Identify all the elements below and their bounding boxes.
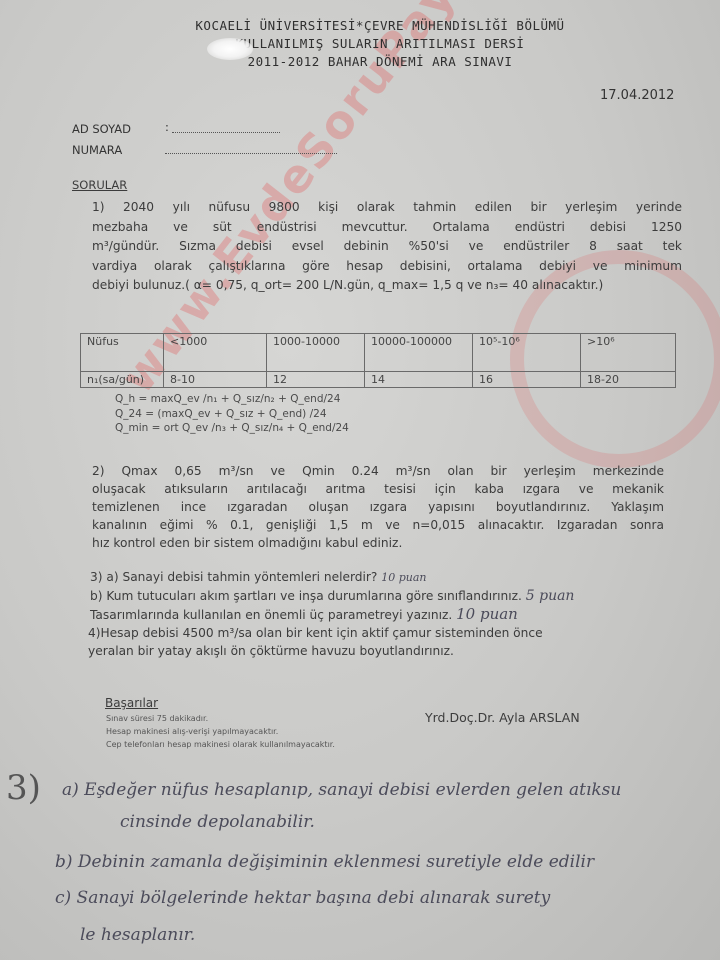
flash-glare	[207, 38, 253, 60]
answer-a-line1: a) Eşdeğer nüfus hesaplanıp, sanayi debi…	[62, 780, 621, 800]
table-cell: 12	[267, 372, 365, 388]
table-header: >10⁶	[581, 334, 676, 372]
header-course: KULLANILMIŞ SULARIN ARITILMASI DERSİ	[0, 36, 720, 51]
answer-number: 3)	[6, 768, 41, 808]
table-cell: 18-20	[581, 372, 676, 388]
answer-b-line: b) Debinin zamanla değişiminin eklenmesi…	[55, 852, 594, 872]
header-exam: 2011-2012 BAHAR DÖNEMİ ARA SINAVI	[0, 54, 720, 69]
q3-b2-points: 10 puan	[456, 605, 518, 623]
q4-line: 4)Hesap debisi 4500 m³/sa olan bir kent …	[88, 624, 668, 642]
q3-a-points: 10 puan	[381, 571, 426, 584]
exam-note: Sınav süresi 75 dakikadır.	[106, 712, 335, 725]
table-header: 10000-100000	[365, 334, 473, 372]
table-cell: 16	[473, 372, 581, 388]
answer-c-line2: le hesaplanır.	[80, 925, 195, 945]
table-cell: 14	[365, 372, 473, 388]
question-4: 4)Hesap debisi 4500 m³/sa olan bir kent …	[88, 624, 668, 660]
q2-line: hız kontrol eden bir sistem olmadığını k…	[92, 534, 664, 552]
name-sep: :	[165, 120, 169, 134]
formula: Q_min = ort Q_ev /n₃ + Q_sız/n₄ + Q_end/…	[115, 421, 349, 436]
q2-line: kanalının eğimi % 0.1, genişliği 1,5 m v…	[92, 516, 664, 534]
formulas: Q_h = maxQ_ev /n₁ + Q_sız/n₂ + Q_end/24 …	[115, 392, 349, 436]
exam-date: 17.04.2012	[600, 88, 674, 103]
exam-note: Cep telefonları hesap makinesi olarak ku…	[106, 738, 335, 751]
q1-line: vardiya olarak çalıştıklarına göre hesap…	[92, 257, 682, 277]
q2-line: oluşacak atıksuların arıtılacağı arıtma …	[92, 480, 664, 498]
question-2: 2) Qmax 0,65 m³/sn ve Qmin 0.24 m³/sn ol…	[92, 462, 664, 552]
number-field[interactable]	[165, 143, 337, 154]
q1-line: 1) 2040 yılı nüfusu 9800 kişi olarak tah…	[92, 198, 682, 218]
answer-a-line2: cinsinde depolanabilir.	[120, 812, 315, 832]
q4-line: yeralan bir yatay akışlı ön çöktürme hav…	[88, 642, 668, 660]
question-1: 1) 2040 yılı nüfusu 9800 kişi olarak tah…	[92, 198, 682, 296]
question-3: 3) a) Sanayi debisi tahmin yöntemleri ne…	[90, 568, 720, 624]
q3-b1-points: 5 puan	[526, 588, 575, 604]
formula: Q_24 = (maxQ_ev + Q_sız + Q_end) /24	[115, 407, 349, 422]
answer-c-line1: c) Sanayi bölgelerinde hektar başına deb…	[55, 888, 550, 908]
q1-line: debiyi bulunuz.( α= 0,75, q_ort= 200 L/N…	[92, 276, 682, 296]
q3-b2: Tasarımlarında kullanılan en önemli üç p…	[90, 608, 452, 622]
q3-b1: b) Kum tutucuları akım şartları ve inşa …	[90, 589, 522, 603]
header-university: KOCAELİ ÜNİVERSİTESİ*ÇEVRE MÜHENDİSLİĞİ …	[0, 18, 720, 33]
q1-line: mezbaha ve süt endüstrisi mevcuttur. Ort…	[92, 218, 682, 238]
formula: Q_h = maxQ_ev /n₁ + Q_sız/n₂ + Q_end/24	[115, 392, 349, 407]
good-luck: Başarılar	[105, 694, 158, 714]
number-label: NUMARA	[72, 143, 122, 157]
q2-line: temizlenen ince ızgaradan oluşan ızgara …	[92, 498, 664, 516]
table-header: Nüfus	[81, 334, 164, 372]
q2-line: 2) Qmax 0,65 m³/sn ve Qmin 0.24 m³/sn ol…	[92, 462, 664, 480]
q3-a: 3) a) Sanayi debisi tahmin yöntemleri ne…	[90, 570, 377, 584]
questions-heading: SORULAR	[72, 176, 127, 196]
population-table: Nüfus <1000 1000-10000 10000-100000 10⁵-…	[80, 333, 676, 388]
exam-note: Hesap makinesi alış-verişi yapılmayacakt…	[106, 725, 335, 738]
q1-line: m³/gündür. Sızma debisi evsel debinin %5…	[92, 237, 682, 257]
name-label: AD SOYAD	[72, 122, 131, 136]
name-field[interactable]	[172, 122, 280, 133]
table-header: 10⁵-10⁶	[473, 334, 581, 372]
table-cell: n₁(sa/gün)	[81, 372, 164, 388]
instructor-name: Yrd.Doç.Dr. Ayla ARSLAN	[425, 708, 580, 728]
table-cell: 8-10	[164, 372, 267, 388]
table-header: <1000	[164, 334, 267, 372]
table-header: 1000-10000	[267, 334, 365, 372]
exam-notes: Sınav süresi 75 dakikadır. Hesap makines…	[106, 712, 335, 751]
